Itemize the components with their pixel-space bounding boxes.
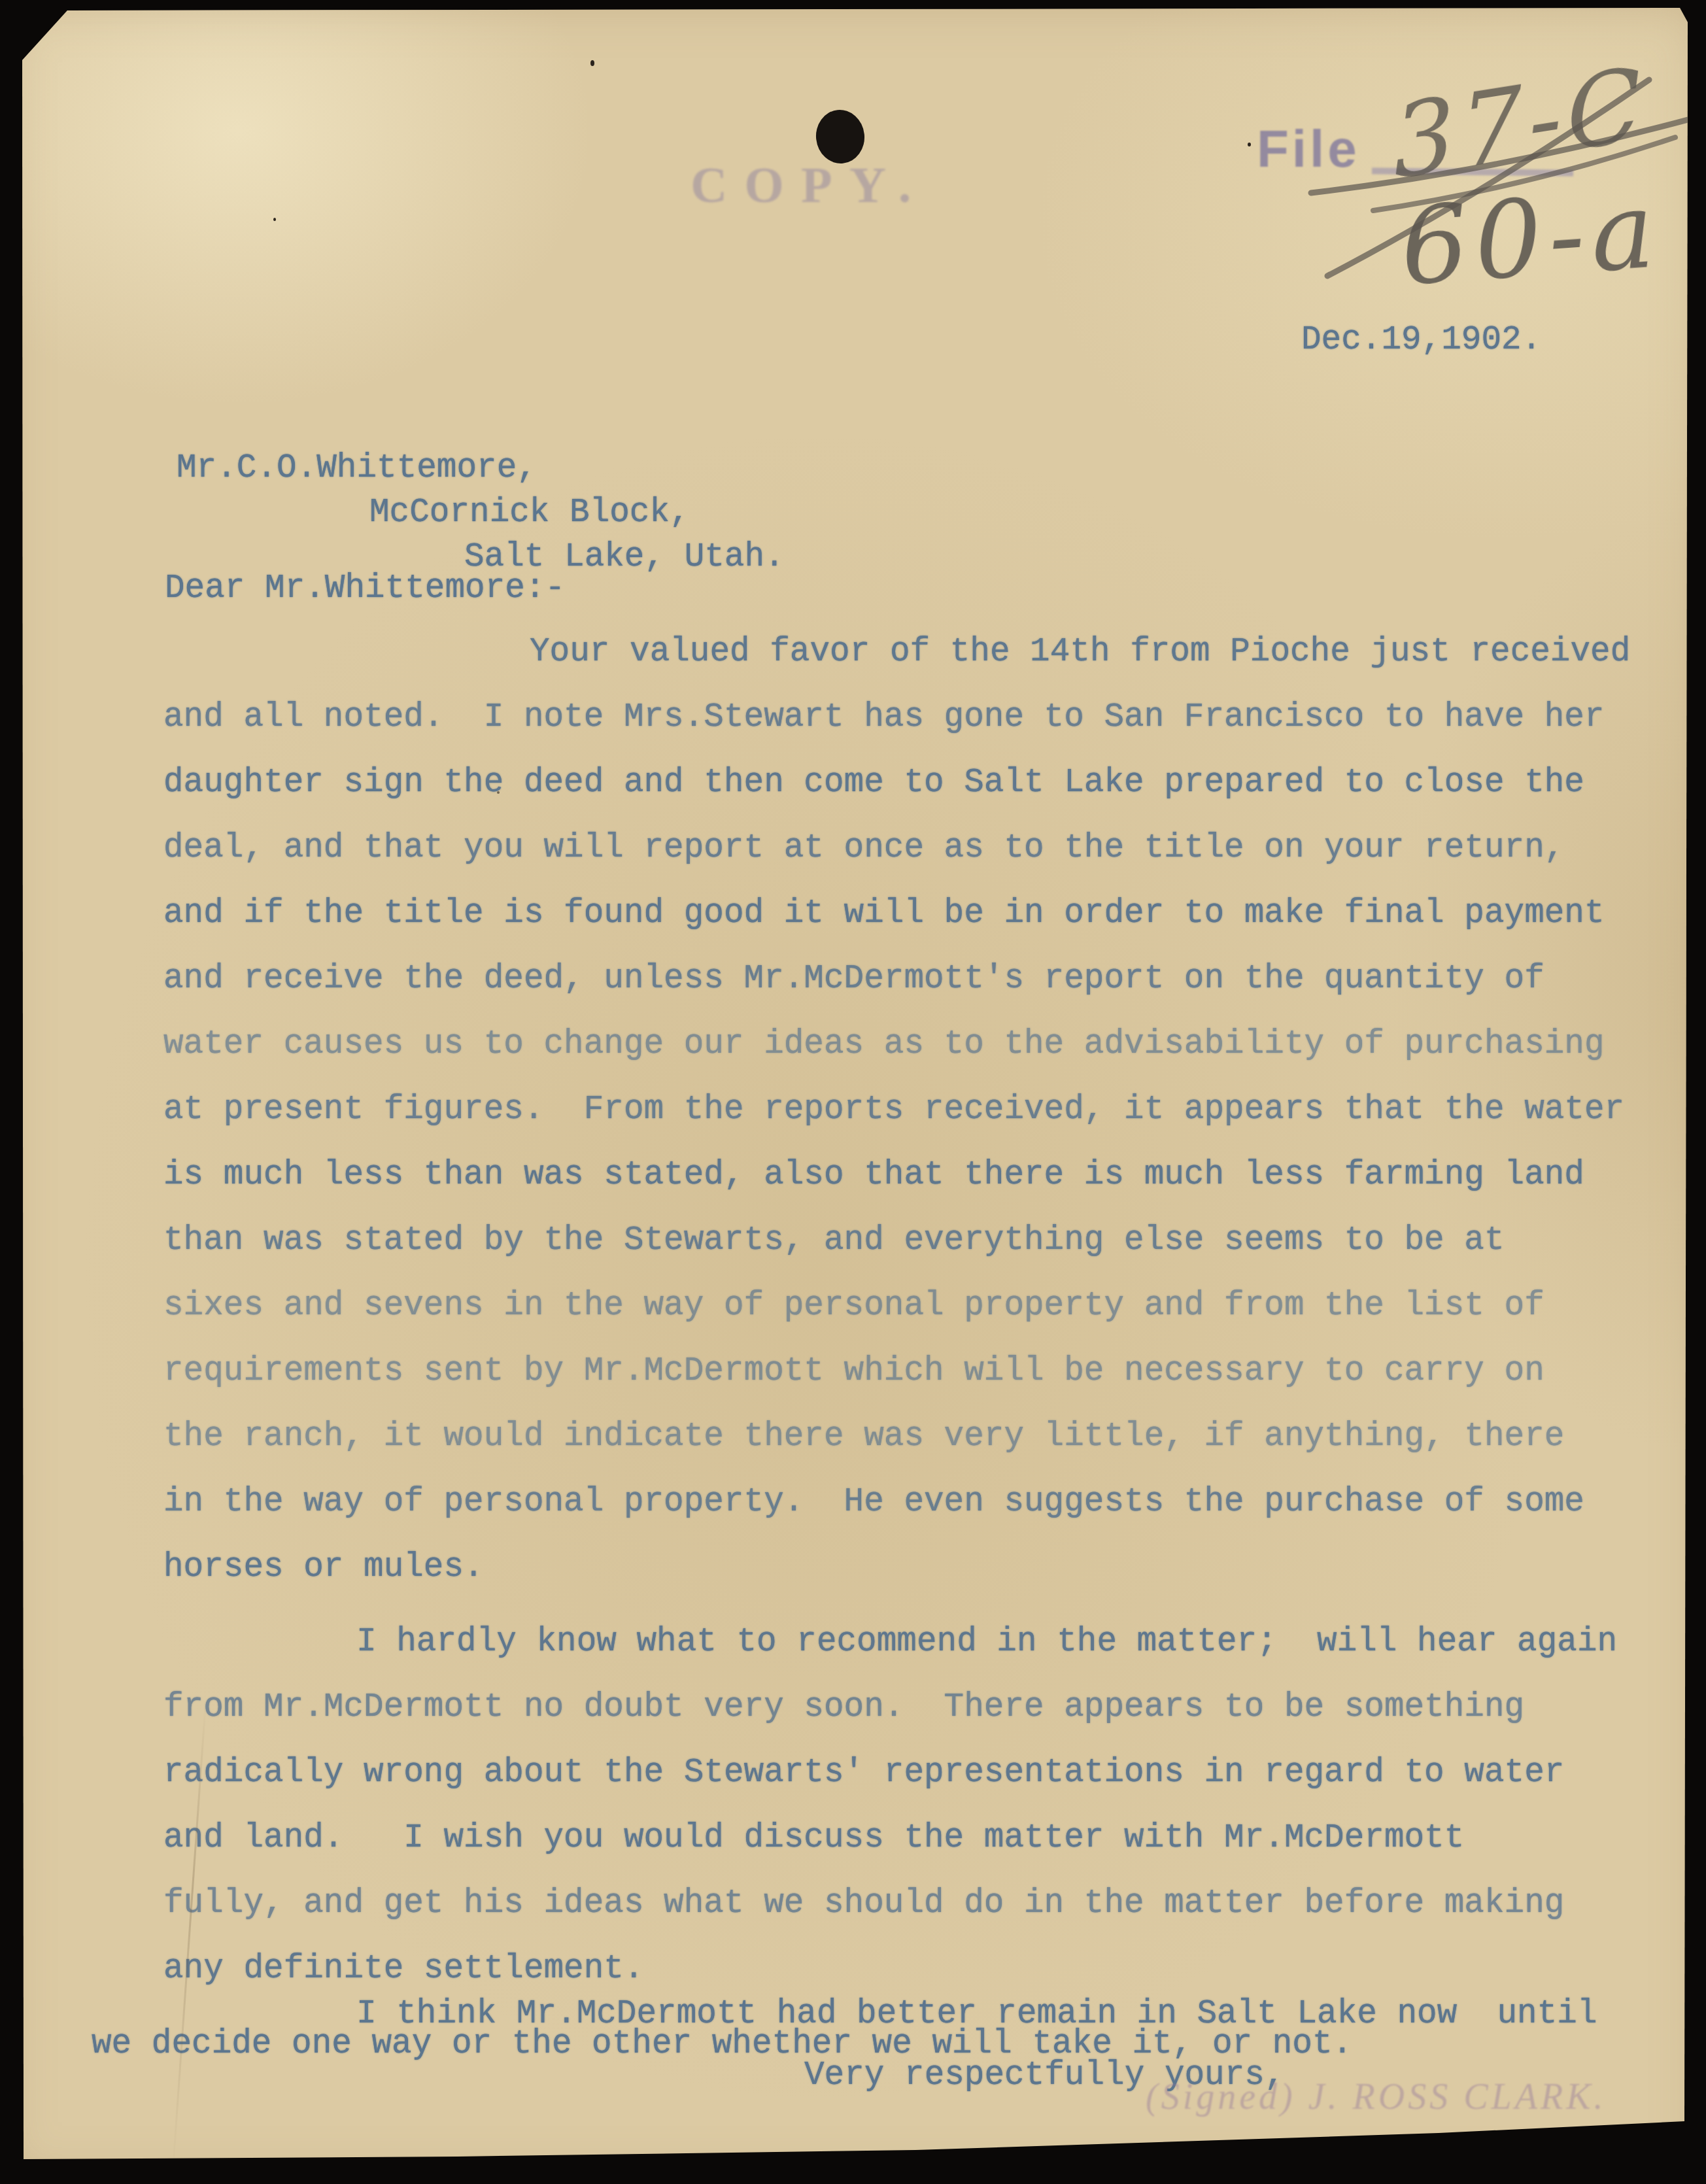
body-line: water causes us to change our ideas as t…: [163, 1012, 1630, 1078]
body-line: any definite settlement.: [163, 1937, 1617, 2002]
recipient-name: Mr.C.O.Whittemore,: [177, 450, 537, 487]
paper-speck: [497, 791, 500, 794]
signature: (Signed) J. ROSS CLARK.: [1146, 2076, 1606, 2118]
recipient-building: McCornick Block,: [369, 494, 690, 532]
copy-stamp: COPY.: [691, 156, 928, 214]
body-line: and receive the deed, unless Mr.McDermot…: [163, 947, 1630, 1012]
scanned-letter-page: { "stamps": { "copy": "COPY.", "file_lab…: [0, 0, 1706, 2184]
body-line: at present figures. From the reports rec…: [163, 1078, 1630, 1143]
body-line: and all noted. I note Mrs.Stewart has go…: [163, 685, 1630, 751]
body-line: horses or mules.: [163, 1535, 1630, 1601]
body-line: and if the title is found good it will b…: [163, 881, 1630, 947]
pencil-strikethrough-strokes: [1242, 39, 1706, 314]
body-line: in the way of personal property. He even…: [163, 1470, 1630, 1535]
body-line: daughter sign the deed and then come to …: [163, 751, 1630, 816]
letter-paper: COPY. File 37-C 60-a Dec.19,1902. Mr.C.O…: [0, 0, 1706, 2184]
body-line: the ranch, it would indicate there was v…: [163, 1405, 1630, 1470]
salutation: Dear Mr.Whittemore:-: [165, 570, 565, 607]
body-line: deal, and that you will report at once a…: [163, 816, 1630, 881]
body-paragraph-1: Your valued favor of the 14th from Pioch…: [163, 620, 1630, 1601]
body-line: than was stated by the Stewarts, and eve…: [163, 1208, 1630, 1274]
body-line: sixes and sevens in the way of personal …: [163, 1274, 1630, 1339]
body-line: from Mr.McDermott no doubt very soon. Th…: [163, 1675, 1617, 1741]
body-line: radically wrong about the Stewarts' repr…: [163, 1741, 1617, 1806]
body-line: is much less than was stated, also that …: [163, 1143, 1630, 1208]
body-line: Your valued favor of the 14th from Pioch…: [530, 620, 1630, 685]
paper-speck: [273, 218, 276, 221]
body-line: fully, and get his ideas what we should …: [163, 1871, 1617, 1937]
body-line: and land. I wish you would discuss the m…: [163, 1806, 1617, 1871]
body-line: requirements sent by Mr.McDermott which …: [163, 1339, 1630, 1405]
paper-speck: [1248, 143, 1251, 146]
body-line: I hardly know what to recommend in the m…: [356, 1610, 1617, 1675]
paper-speck: [590, 60, 594, 66]
letter-date: Dec.19,1902.: [1301, 322, 1541, 359]
body-paragraph-2: I hardly know what to recommend in the m…: [163, 1610, 1617, 2002]
